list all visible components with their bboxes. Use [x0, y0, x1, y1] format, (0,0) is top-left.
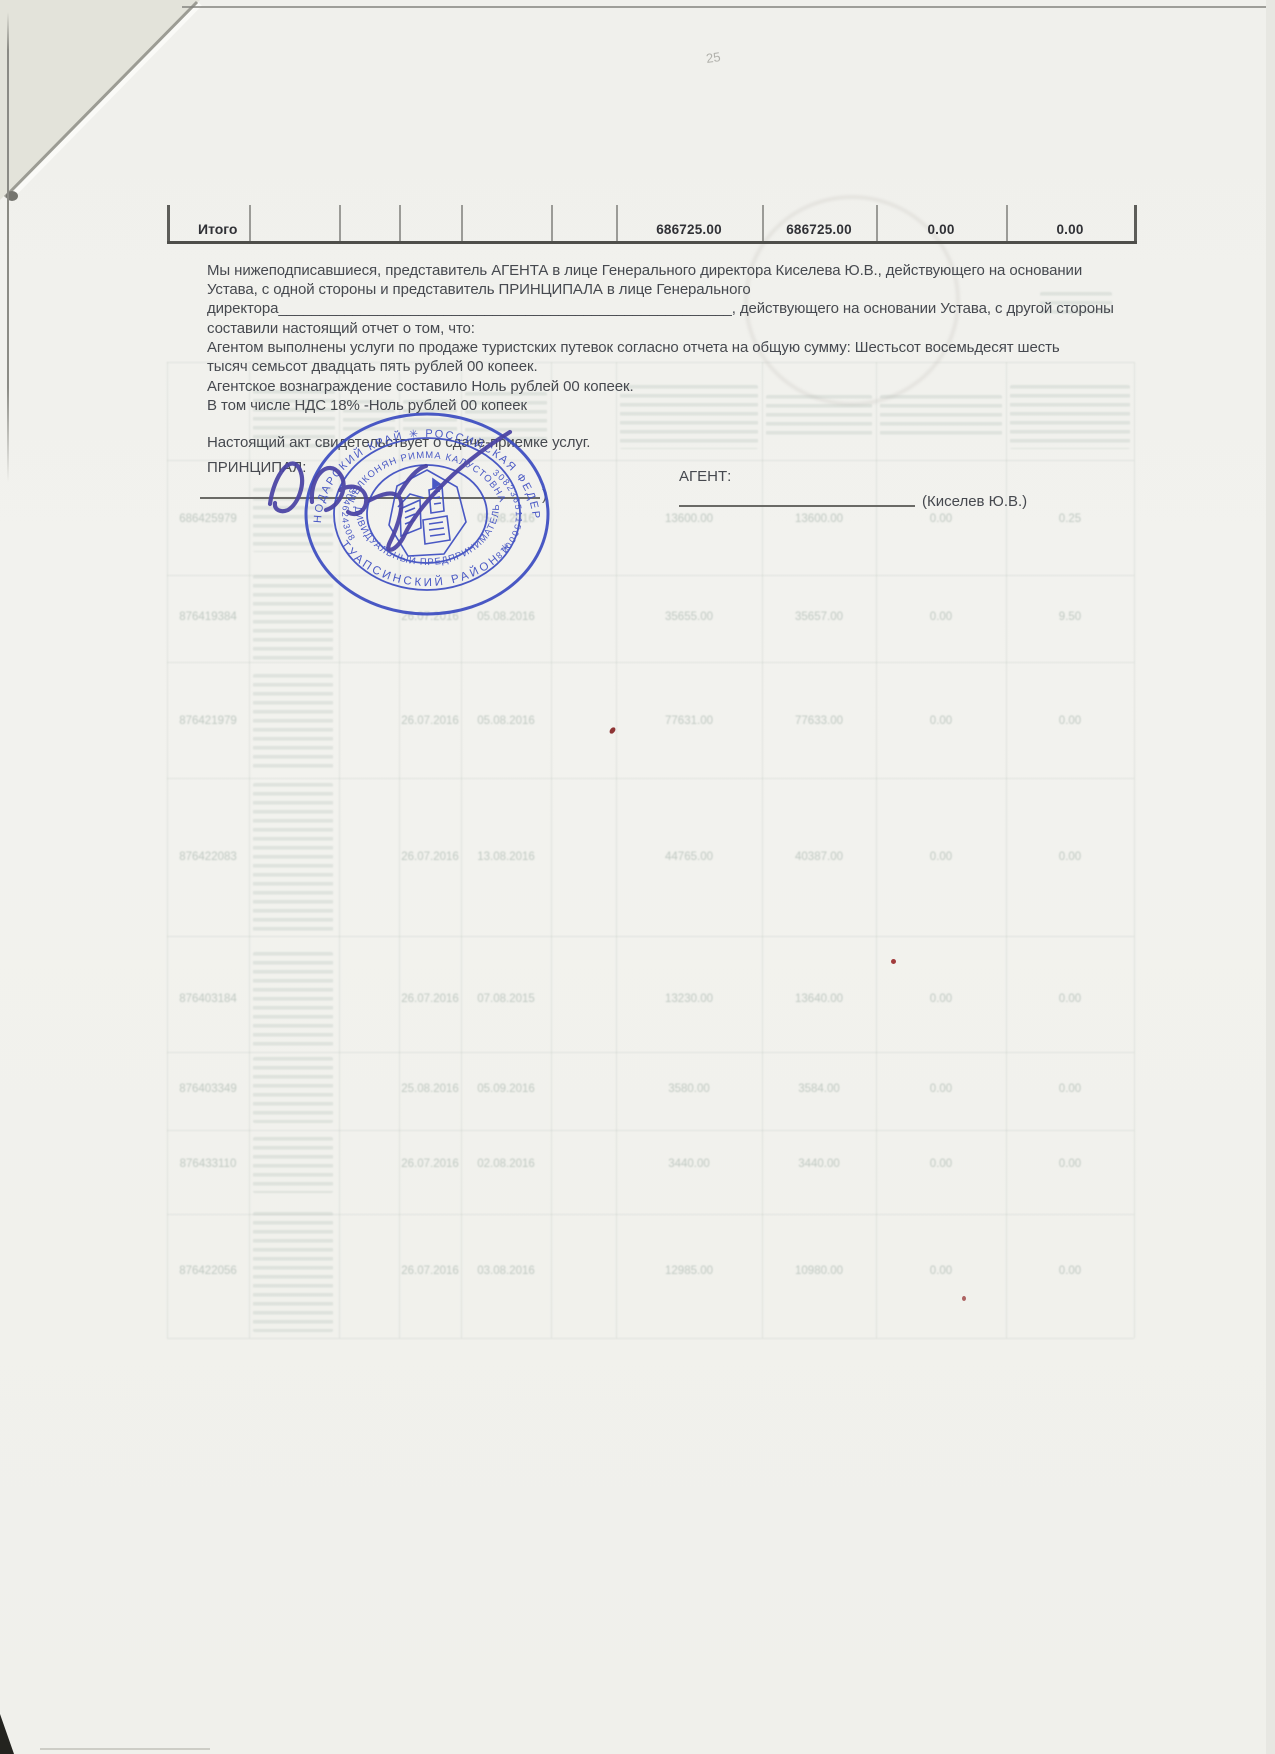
bleed-booking-id: 876422056: [167, 1265, 249, 1277]
ink-speck: [891, 959, 896, 964]
bleed-vat: 0.00: [1006, 1158, 1134, 1170]
bleed-date-to: 07.08.2015: [461, 993, 551, 1005]
bleed-total-sum: 13600.00: [616, 513, 762, 525]
bleed-booking-id: 876433110: [167, 1158, 249, 1170]
bleed-illegible-name: [253, 674, 333, 770]
bleed-date-to: 02.08.2016: [461, 1158, 551, 1170]
agent-label: АГЕНТ:: [679, 468, 731, 485]
column-tick: [1134, 205, 1137, 241]
column-tick: [167, 205, 170, 241]
body-line: Агентское вознаграждение составило Ноль …: [207, 377, 634, 396]
scanned-document-page: 68642597905.08.201613600.0013600.000.000…: [0, 0, 1275, 1754]
bleed-illegible-name: [253, 952, 333, 1048]
column-tick: [399, 205, 401, 241]
bleed-grid-line: [167, 1052, 1134, 1053]
bleed-sold-sum: 13600.00: [762, 513, 876, 525]
agent-signature-line: [679, 505, 915, 507]
bleed-total-sum: 35655.00: [616, 611, 762, 623]
column-tick: [551, 205, 553, 241]
bleed-fee: 0.00: [876, 513, 1006, 525]
bleed-grid-line: [167, 362, 168, 1338]
bleed-booking-id: 876422083: [167, 851, 249, 863]
bleed-illegible-name: [253, 1137, 333, 1193]
bleed-vat: 9.50: [1006, 611, 1134, 623]
bleed-date-to: 13.08.2016: [461, 851, 551, 863]
bleed-sold-sum: 10980.00: [762, 1265, 876, 1277]
bleed-date-from: 26.07.2016: [399, 715, 461, 727]
ink-speck: [609, 726, 616, 734]
scan-bottom-smudge: [40, 1748, 210, 1750]
table-bottom-border: [167, 241, 1137, 244]
bleed-date-from: 26.07.2016: [399, 1158, 461, 1170]
totals-fee-sum: 0.00: [876, 222, 1006, 237]
bleed-fee: 0.00: [876, 1265, 1006, 1277]
bleed-booking-id: 876403184: [167, 993, 249, 1005]
scan-top-edge: [182, 6, 1272, 8]
bleed-fee: 0.00: [876, 715, 1006, 727]
bleed-grid-line: [167, 1214, 1134, 1215]
bleed-fee: 0.00: [876, 1158, 1006, 1170]
bleed-grid-line: [616, 362, 617, 1338]
bleed-illegible-name: [253, 1057, 333, 1123]
bleed-booking-id: 876419384: [167, 611, 249, 623]
bleed-grid-line: [167, 662, 1134, 663]
corner-fold: [0, 0, 212, 212]
bleed-total-sum: 12985.00: [616, 1265, 762, 1277]
bleed-sold-sum: 40387.00: [762, 851, 876, 863]
bleed-grid-line: [762, 362, 763, 1338]
bleed-grid-line: [876, 362, 877, 1338]
bleed-booking-id: 686425979: [167, 513, 249, 525]
column-tick: [339, 205, 341, 241]
bleed-sold-sum: 77633.00: [762, 715, 876, 727]
bleed-total-sum: 77631.00: [616, 715, 762, 727]
body-line: составили настоящий отчет о том, что:: [207, 319, 475, 338]
bleed-sold-sum: 35657.00: [762, 611, 876, 623]
bleed-illegible-text: [620, 385, 758, 449]
body-line: Мы нижеподписавшиеся, представитель АГЕН…: [207, 261, 1082, 280]
pencil-mark: 25: [705, 49, 721, 66]
bleed-booking-id: 876403349: [167, 1083, 249, 1095]
bleed-vat: 0.00: [1006, 1083, 1134, 1095]
bleed-date-to: 05.09.2016: [461, 1083, 551, 1095]
bleed-total-sum: 44765.00: [616, 851, 762, 863]
body-line: тысяч семьсот двадцать пять рублей 00 ко…: [207, 357, 538, 376]
scan-left-edge: [7, 12, 9, 482]
bleed-date-from: 26.07.2016: [399, 993, 461, 1005]
bleed-vat: 0.00: [1006, 993, 1134, 1005]
bleed-vat: 0.25: [1006, 513, 1134, 525]
bleed-sold-sum: 3584.00: [762, 1083, 876, 1095]
column-tick: [461, 205, 463, 241]
bleed-illegible-text: [1010, 385, 1130, 449]
bleed-vat: 0.00: [1006, 851, 1134, 863]
column-tick: [249, 205, 251, 241]
bleed-grid-line: [167, 1130, 1134, 1131]
bleed-booking-id: 876421979: [167, 715, 249, 727]
totals-sold-sum: 686725.00: [762, 222, 876, 237]
bleed-sold-sum: 3440.00: [762, 1158, 876, 1170]
totals-total-sum: 686725.00: [616, 222, 762, 237]
bleed-total-sum: 3580.00: [616, 1083, 762, 1095]
bleed-grid-line: [1134, 362, 1135, 1338]
bleed-fee: 0.00: [876, 851, 1006, 863]
bleed-grid-line: [167, 778, 1134, 779]
bleed-date-from: 25.08.2016: [399, 1083, 461, 1095]
ink-speck: [962, 1296, 966, 1301]
scan-right-edge: [1266, 0, 1275, 1754]
bleed-date-from: 26.07.2016: [399, 851, 461, 863]
bleed-vat: 0.00: [1006, 1265, 1134, 1277]
bleed-illegible-name: [253, 1212, 333, 1332]
bleed-date-from: 26.07.2016: [399, 1265, 461, 1277]
bleed-fee: 0.00: [876, 993, 1006, 1005]
totals-label: Итого: [198, 221, 237, 237]
scan-corner-mark: [0, 1714, 14, 1754]
bleed-total-sum: 13230.00: [616, 993, 762, 1005]
bleed-grid-line: [167, 1338, 1134, 1339]
bleed-sold-sum: 13640.00: [762, 993, 876, 1005]
bleed-fee: 0.00: [876, 611, 1006, 623]
body-line: Агентом выполнены услуги по продаже тури…: [207, 338, 1060, 357]
bleed-illegible-text: [880, 395, 1002, 439]
handwritten-signature: [248, 418, 538, 563]
bleed-vat: 0.00: [1006, 715, 1134, 727]
agent-signatory-name: (Киселев Ю.В.): [922, 493, 1027, 510]
bleed-total-sum: 3440.00: [616, 1158, 762, 1170]
bleed-date-to: 05.08.2016: [461, 715, 551, 727]
body-line: директора_______________________________…: [207, 299, 1114, 318]
body-line: Устава, с одной стороны и представитель …: [207, 280, 751, 299]
bleed-fee: 0.00: [876, 1083, 1006, 1095]
bleed-grid-line: [167, 936, 1134, 937]
bleed-illegible-name: [253, 783, 333, 933]
bleed-date-to: 03.08.2016: [461, 1265, 551, 1277]
totals-vat-sum: 0.00: [1006, 222, 1134, 237]
